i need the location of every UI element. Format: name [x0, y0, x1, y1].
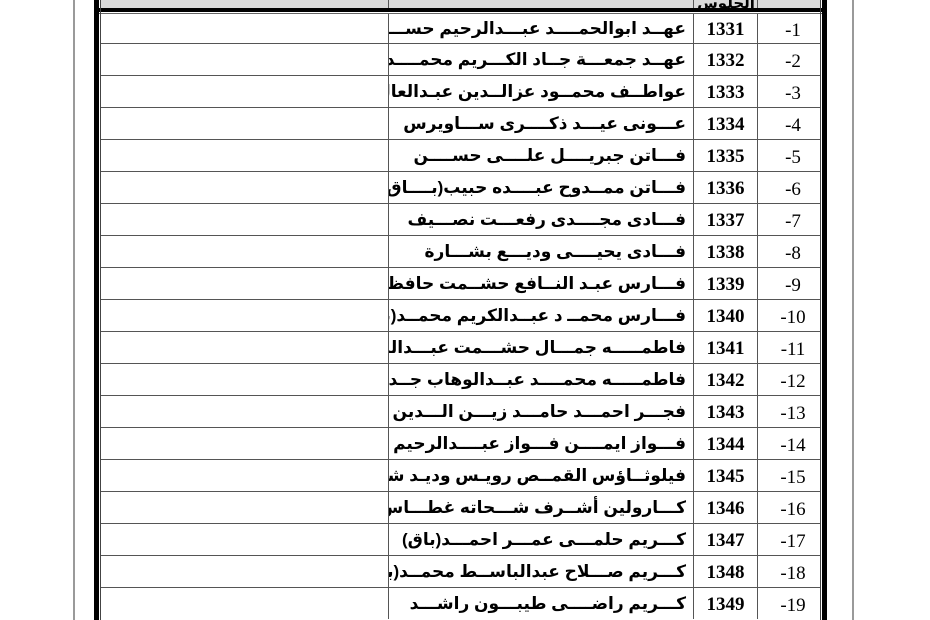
table-border-right	[822, 0, 827, 620]
student-name-cell: فـــاتن جبريــــل علــــى حســــن	[388, 140, 693, 171]
seat-number-cell: 1343	[693, 396, 757, 427]
row-index-cell: -2	[757, 44, 820, 75]
table-border-left-inner	[100, 0, 101, 620]
table-border-right-inner	[820, 0, 821, 620]
table-border-left	[94, 0, 99, 620]
seat-number-cell: 1342	[693, 364, 757, 395]
seat-number-cell: 1346	[693, 492, 757, 523]
row-index-cell: -8	[757, 236, 820, 267]
student-name-cell: فـــارس عبـد النــافع حشــمت حافظ(بــاق)	[388, 268, 693, 299]
page-margin-line-right	[852, 0, 854, 620]
seat-number-cell: 1341	[693, 332, 757, 363]
seat-number-cell: 1339	[693, 268, 757, 299]
seat-number-cell: 1340	[693, 300, 757, 331]
table-row: كـــريم راضــــى طيبـــون راشـــد 1349 -…	[101, 587, 820, 619]
table-row: عـــونى عيـــد ذكــــرى ســـاويرس 1334 -…	[101, 107, 820, 139]
student-name-cell: كـــريم راضــــى طيبـــون راشـــد	[388, 588, 693, 619]
header-cell-seat-number: الجلوس	[693, 0, 758, 8]
student-name-cell: فجـــر احمـــد حامـــد زيـــن الـــدين	[388, 396, 693, 427]
notes-cell	[101, 268, 388, 299]
student-name-cell: عهــد ابوالحمــــد عبـــدالرحيم حســــن	[388, 14, 693, 43]
row-index-cell: -14	[757, 428, 820, 459]
notes-cell	[101, 364, 388, 395]
seat-number-cell: 1338	[693, 236, 757, 267]
seat-number-cell: 1335	[693, 140, 757, 171]
notes-cell	[101, 108, 388, 139]
student-name-cell: فـــارس محمــ د عبــدالكريم محمــد(باق)	[388, 300, 693, 331]
notes-cell	[101, 428, 388, 459]
notes-cell	[101, 588, 388, 619]
table-row: فيلوثــاؤس القمــص رويـس وديـد شـنوده 13…	[101, 459, 820, 491]
row-index-cell: -12	[757, 364, 820, 395]
table-row: عهــد جمعـــة جــاد الكـــريم محمــــد 1…	[101, 43, 820, 75]
notes-cell	[101, 140, 388, 171]
student-name-cell: كـــارولين أشــرف شـــحاته غطـــاس	[388, 492, 693, 523]
table-row: فاطمـــــه جمـــال حشـــمت عبـــداللاه 1…	[101, 331, 820, 363]
seat-number-cell: 1348	[693, 556, 757, 587]
table-row: فـــاتن جبريــــل علــــى حســــن 1335 -…	[101, 139, 820, 171]
row-index-cell: -10	[757, 300, 820, 331]
table-row: فـــادى يحيــــى وديـــع بشـــارة 1338 -…	[101, 235, 820, 267]
seat-number-cell: 1336	[693, 172, 757, 203]
seat-number-cell: 1333	[693, 76, 757, 107]
row-index-cell: -9	[757, 268, 820, 299]
page-margin-line-left	[73, 0, 75, 620]
table-row: كـــارولين أشــرف شـــحاته غطـــاس 1346 …	[101, 491, 820, 523]
student-list-table: الجلوس عهــد ابوالحمــــد عبـــدالرحيم ح…	[94, 0, 828, 620]
row-index-cell: -4	[757, 108, 820, 139]
row-index-cell: -18	[757, 556, 820, 587]
student-name-cell: فيلوثــاؤس القمــص رويـس وديـد شـنوده	[388, 460, 693, 491]
student-name-cell: عـــونى عيـــد ذكــــرى ســـاويرس	[388, 108, 693, 139]
notes-cell	[101, 172, 388, 203]
header-cell-notes	[101, 0, 388, 8]
table-row: فاطمـــــه محمــــد عبــدالوهاب جــداوى …	[101, 363, 820, 395]
student-name-cell: فاطمـــــه محمــــد عبــدالوهاب جــداوى	[388, 364, 693, 395]
seat-number-cell: 1345	[693, 460, 757, 491]
row-index-cell: -1	[757, 14, 820, 43]
row-index-cell: -15	[757, 460, 820, 491]
row-index-cell: -17	[757, 524, 820, 555]
student-name-cell: عهــد جمعـــة جــاد الكـــريم محمــــد	[388, 44, 693, 75]
row-index-cell: -6	[757, 172, 820, 203]
notes-cell	[101, 524, 388, 555]
notes-cell	[101, 460, 388, 491]
header-divider-thick	[94, 8, 827, 12]
row-index-cell: -5	[757, 140, 820, 171]
student-name-cell: عواطــف محمــود عزالــدين عبـدالعال(باق)	[388, 76, 693, 107]
student-name-cell: فـــواز ايمــــن فـــواز عبــــدالرحيم	[388, 428, 693, 459]
seat-number-cell: 1349	[693, 588, 757, 619]
notes-cell	[101, 492, 388, 523]
table-row: فـــارس عبـد النــافع حشــمت حافظ(بــاق)…	[101, 267, 820, 299]
seat-number-cell: 1332	[693, 44, 757, 75]
student-name-cell: فـــادى يحيــــى وديـــع بشـــارة	[388, 236, 693, 267]
row-index-cell: -13	[757, 396, 820, 427]
seat-number-cell: 1331	[693, 14, 757, 43]
seat-number-cell: 1344	[693, 428, 757, 459]
seat-number-cell: 1334	[693, 108, 757, 139]
seat-number-cell: 1337	[693, 204, 757, 235]
student-name-cell: كـــريم صـــلاح عبدالباســط محمــد(باق)	[388, 556, 693, 587]
table-row: عواطــف محمــود عزالــدين عبـدالعال(باق)…	[101, 75, 820, 107]
row-index-cell: -16	[757, 492, 820, 523]
table-row: فـــواز ايمــــن فـــواز عبــــدالرحيم 1…	[101, 427, 820, 459]
student-name-cell: فـــادى مجــــدى رفعـــت نصـــيف	[388, 204, 693, 235]
table-row: فـــاتن ممــدوح عبــــده حبيب(بــــاق) 1…	[101, 171, 820, 203]
notes-cell	[101, 300, 388, 331]
notes-cell	[101, 44, 388, 75]
table-row: كـــريم حلمـــى عمـــر احمـــد(باق) 1347…	[101, 523, 820, 555]
notes-cell	[101, 236, 388, 267]
notes-cell	[101, 556, 388, 587]
table-row: فجـــر احمـــد حامـــد زيـــن الـــدين 1…	[101, 395, 820, 427]
student-name-cell: فاطمـــــه جمـــال حشـــمت عبـــداللاه	[388, 332, 693, 363]
table-row: كـــريم صـــلاح عبدالباســط محمــد(باق) …	[101, 555, 820, 587]
table-row: فـــارس محمــ د عبــدالكريم محمــد(باق) …	[101, 299, 820, 331]
notes-cell	[101, 76, 388, 107]
notes-cell	[101, 204, 388, 235]
header-cell-index	[757, 0, 821, 8]
table-body: عهــد ابوالحمــــد عبـــدالرحيم حســــن …	[101, 14, 820, 619]
table-row: عهــد ابوالحمــــد عبـــدالرحيم حســــن …	[101, 14, 820, 43]
row-index-cell: -7	[757, 204, 820, 235]
row-index-cell: -3	[757, 76, 820, 107]
table-row: فـــادى مجــــدى رفعـــت نصـــيف 1337 -7	[101, 203, 820, 235]
notes-cell	[101, 396, 388, 427]
row-index-cell: -11	[757, 332, 820, 363]
notes-cell	[101, 332, 388, 363]
notes-cell	[101, 14, 388, 43]
row-index-cell: -19	[757, 588, 820, 619]
header-cell-name	[388, 0, 694, 8]
seat-number-cell: 1347	[693, 524, 757, 555]
table-header-row: الجلوس	[101, 0, 820, 8]
student-name-cell: فـــاتن ممــدوح عبــــده حبيب(بــــاق)	[388, 172, 693, 203]
student-name-cell: كـــريم حلمـــى عمـــر احمـــد(باق)	[388, 524, 693, 555]
